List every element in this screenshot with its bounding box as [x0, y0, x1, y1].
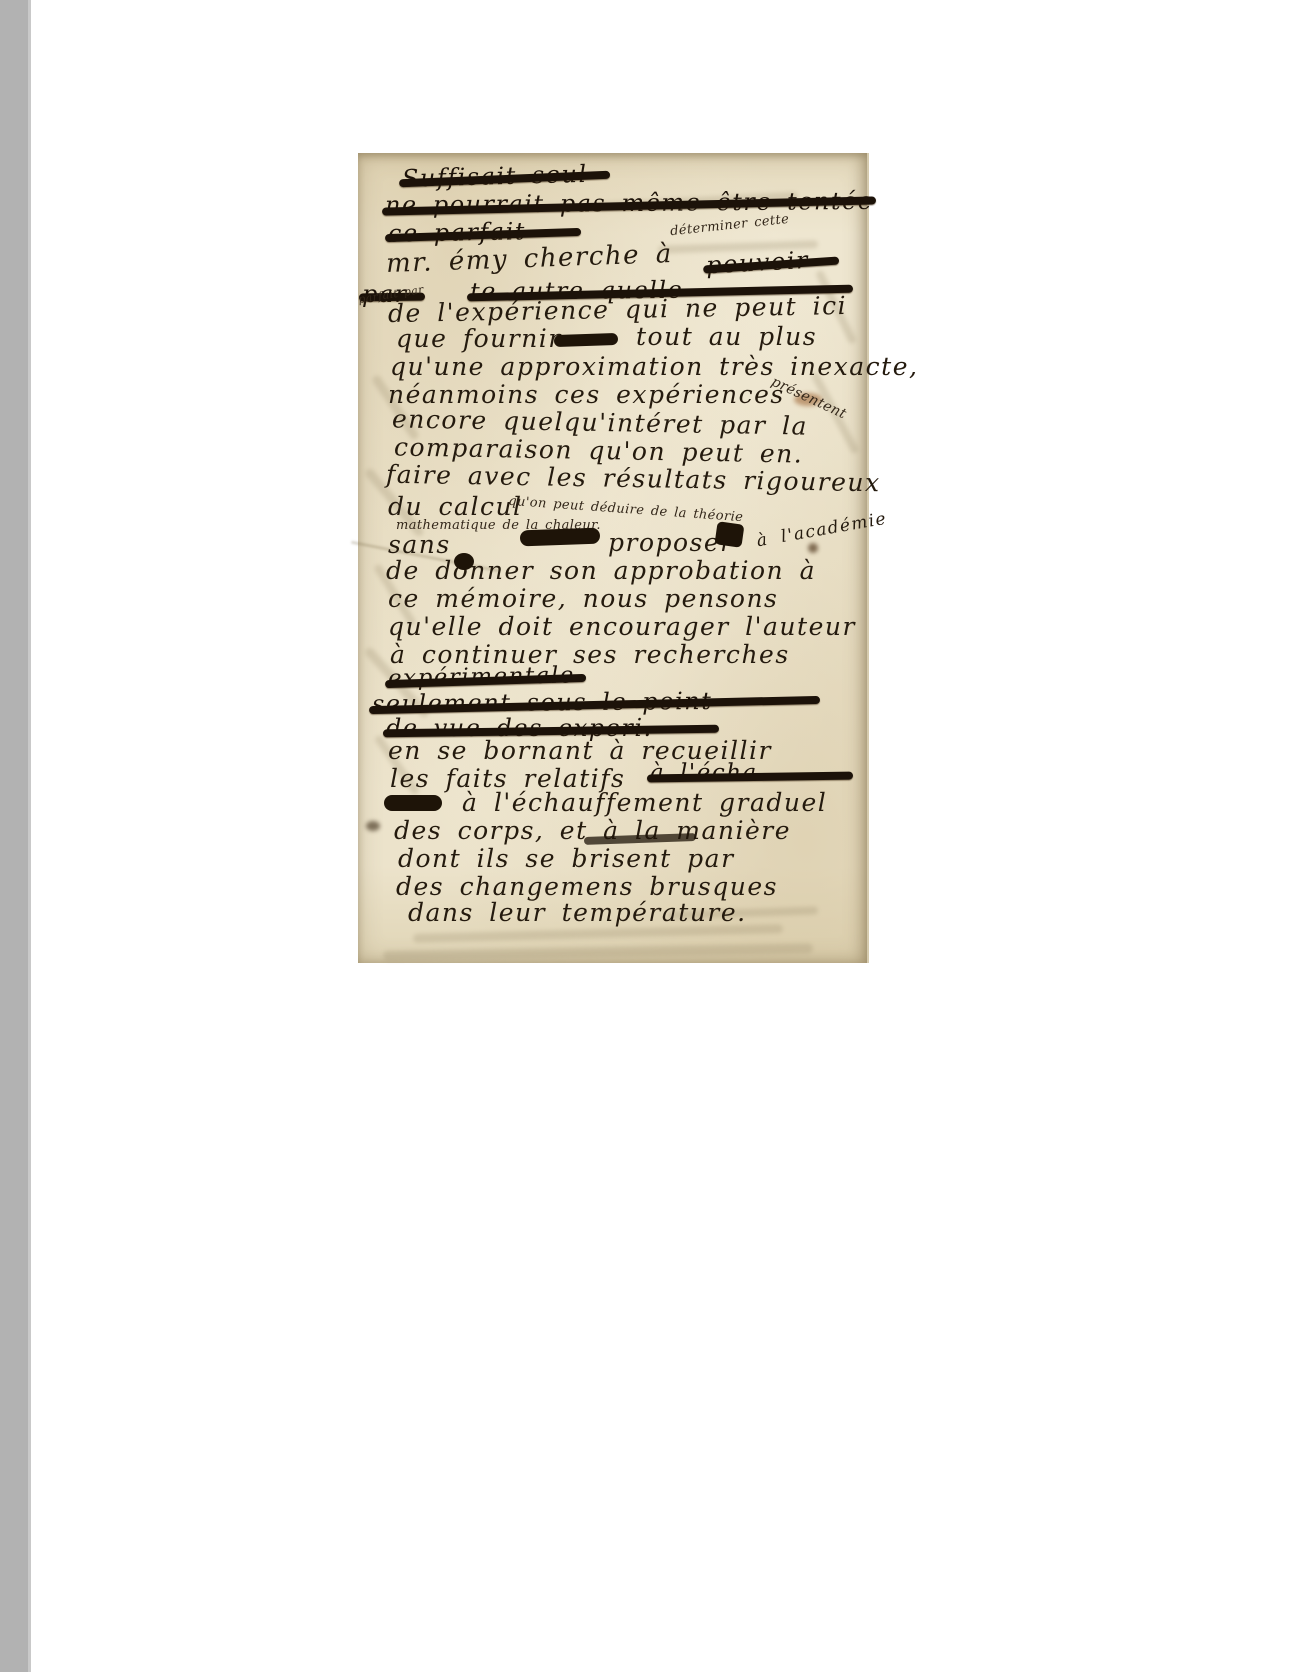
handwriting-line: dans leur température.: [408, 899, 747, 927]
bleedthrough-ghost: [383, 943, 813, 961]
handwriting-line: des changemens brusques: [396, 873, 778, 901]
left-gray-bar: [0, 0, 31, 1672]
handwriting-line: ce mémoire, nous pensons: [388, 585, 778, 613]
ink-blot: [554, 333, 618, 347]
handwriting-line: sans: [388, 531, 451, 559]
interline-note: déterminer cette: [670, 213, 790, 240]
handwriting-line: proposer: [608, 529, 734, 557]
ink-blot: [520, 528, 601, 547]
handwriting-line: de donner son approbation à: [386, 557, 816, 585]
rust-stain: [808, 543, 818, 553]
handwriting-line: à l'académie: [755, 510, 888, 551]
handwriting-line: seulement sous le point: [372, 687, 817, 717]
handwriting-line: qu'une approximation très inexacte,: [390, 353, 918, 381]
manuscript-scan: Suffisait seul ne pourrait pas même être…: [358, 153, 869, 963]
handwriting-line: à l'échauffement graduel: [462, 789, 827, 817]
ink-blot: [454, 553, 474, 570]
handwriting-line: ne pourrait pas même être tentée: [385, 188, 874, 219]
handwriting-line: Suffisait seul: [402, 160, 608, 192]
ink-blot: [715, 521, 745, 548]
rust-stain: [366, 821, 380, 831]
handwriting-line: qu'elle doit encourager l'auteur: [388, 613, 856, 641]
handwriting-line: que fournir: [396, 325, 562, 353]
handwriting-line: à l'écha: [650, 761, 850, 786]
ink-blot: [384, 795, 442, 811]
handwriting-line: tout au plus: [636, 323, 817, 351]
handwriting-line: dont ils se brisent par: [398, 845, 735, 873]
page-canvas: Suffisait seul ne pourrait pas même être…: [0, 0, 1301, 1672]
handwriting-line: du calcul: [388, 493, 523, 521]
